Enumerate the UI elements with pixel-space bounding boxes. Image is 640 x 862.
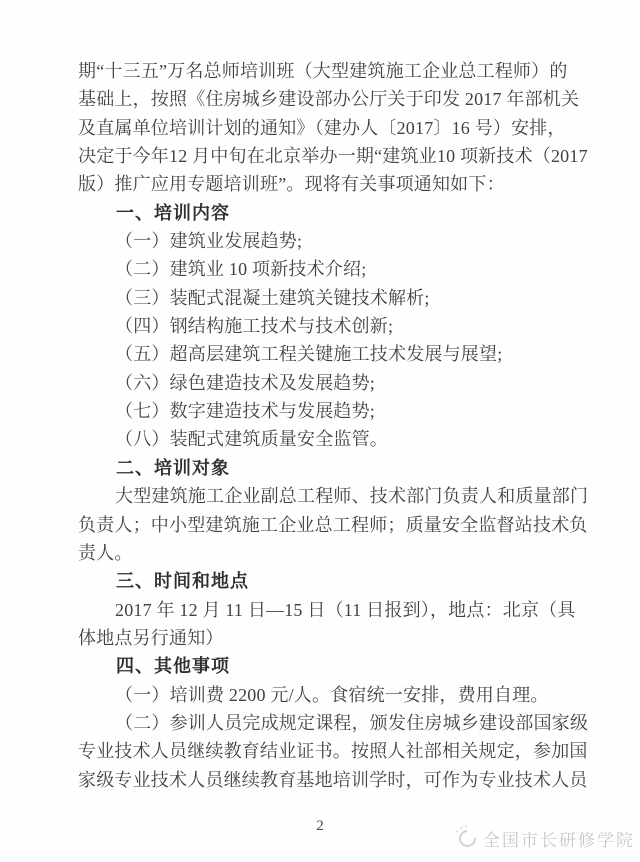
text-line: 决定于今年12 月中旬在北京举办一期“建筑业10 项新技术（2017 [78, 142, 576, 170]
section-heading: 四、其他事项 [78, 652, 576, 680]
text-line: （五）超高层建筑工程关键施工技术发展与展望; [78, 340, 576, 368]
text-line: （二）参训人员完成规定课程，颁发住房城乡建设部国家级 [78, 709, 576, 737]
watermark: 全国市长研修学院 [459, 826, 635, 851]
text-line: （四）钢结构施工技术与技术创新; [78, 312, 576, 340]
text-line: （三）装配式混凝土建筑关键技术解析; [78, 284, 576, 312]
text-line: （六）绿色建造技术及发展趋势; [78, 369, 576, 397]
text-line: （八）装配式建筑质量安全监管。 [78, 425, 576, 453]
text-line: 2017 年 12 月 11 日—15 日（11 日报到），地点：北京（具 [78, 596, 576, 624]
text-line: 大型建筑施工企业副总工程师、技术部门负责人和质量部门 [78, 482, 576, 510]
text-line: 家级专业技术人员继续教育基地培训学时，可作为专业技术人员 [78, 766, 576, 794]
text-line: （七）数字建造技术与发展趋势; [78, 397, 576, 425]
text-line: 专业技术人员继续教育结业证书。按照人社部相关规定，参加国 [78, 737, 576, 765]
section-heading: 三、时间和地点 [78, 567, 576, 595]
text-line: 基础上，按照《住房城乡建设部办公厅关于印发 2017 年部机关 [78, 85, 576, 113]
text-line: （二）建筑业 10 项新技术介绍; [78, 255, 576, 283]
text-line: （一）培训费 2200 元/人。食宿统一安排，费用自理。 [78, 681, 576, 709]
text-line: 体地点另行通知） [78, 624, 576, 652]
document-page: 期“十三五”万名总师培训班（大型建筑施工企业总工程师）的基础上，按照《住房城乡建… [0, 0, 640, 862]
section-heading: 一、培训内容 [78, 199, 576, 227]
text-line: （一）建筑业发展趋势; [78, 227, 576, 255]
text-line: 期“十三五”万名总师培训班（大型建筑施工企业总工程师）的 [78, 57, 576, 85]
text-line: 责人。 [78, 539, 576, 567]
section-heading: 二、培训对象 [78, 454, 576, 482]
text-line: 负责人；中小型建筑施工企业总工程师；质量安全监督站技术负 [78, 511, 576, 539]
watermark-logo-icon [456, 827, 480, 851]
text-line: 及直属单位培训计划的通知》（建办人〔2017〕16 号）安排， [78, 114, 576, 142]
document-body: 期“十三五”万名总师培训班（大型建筑施工企业总工程师）的基础上，按照《住房城乡建… [78, 57, 576, 794]
watermark-text: 全国市长研修学院 [483, 826, 635, 851]
text-line: 版）推广应用专题培训班”。现将有关事项通知如下： [78, 170, 576, 198]
